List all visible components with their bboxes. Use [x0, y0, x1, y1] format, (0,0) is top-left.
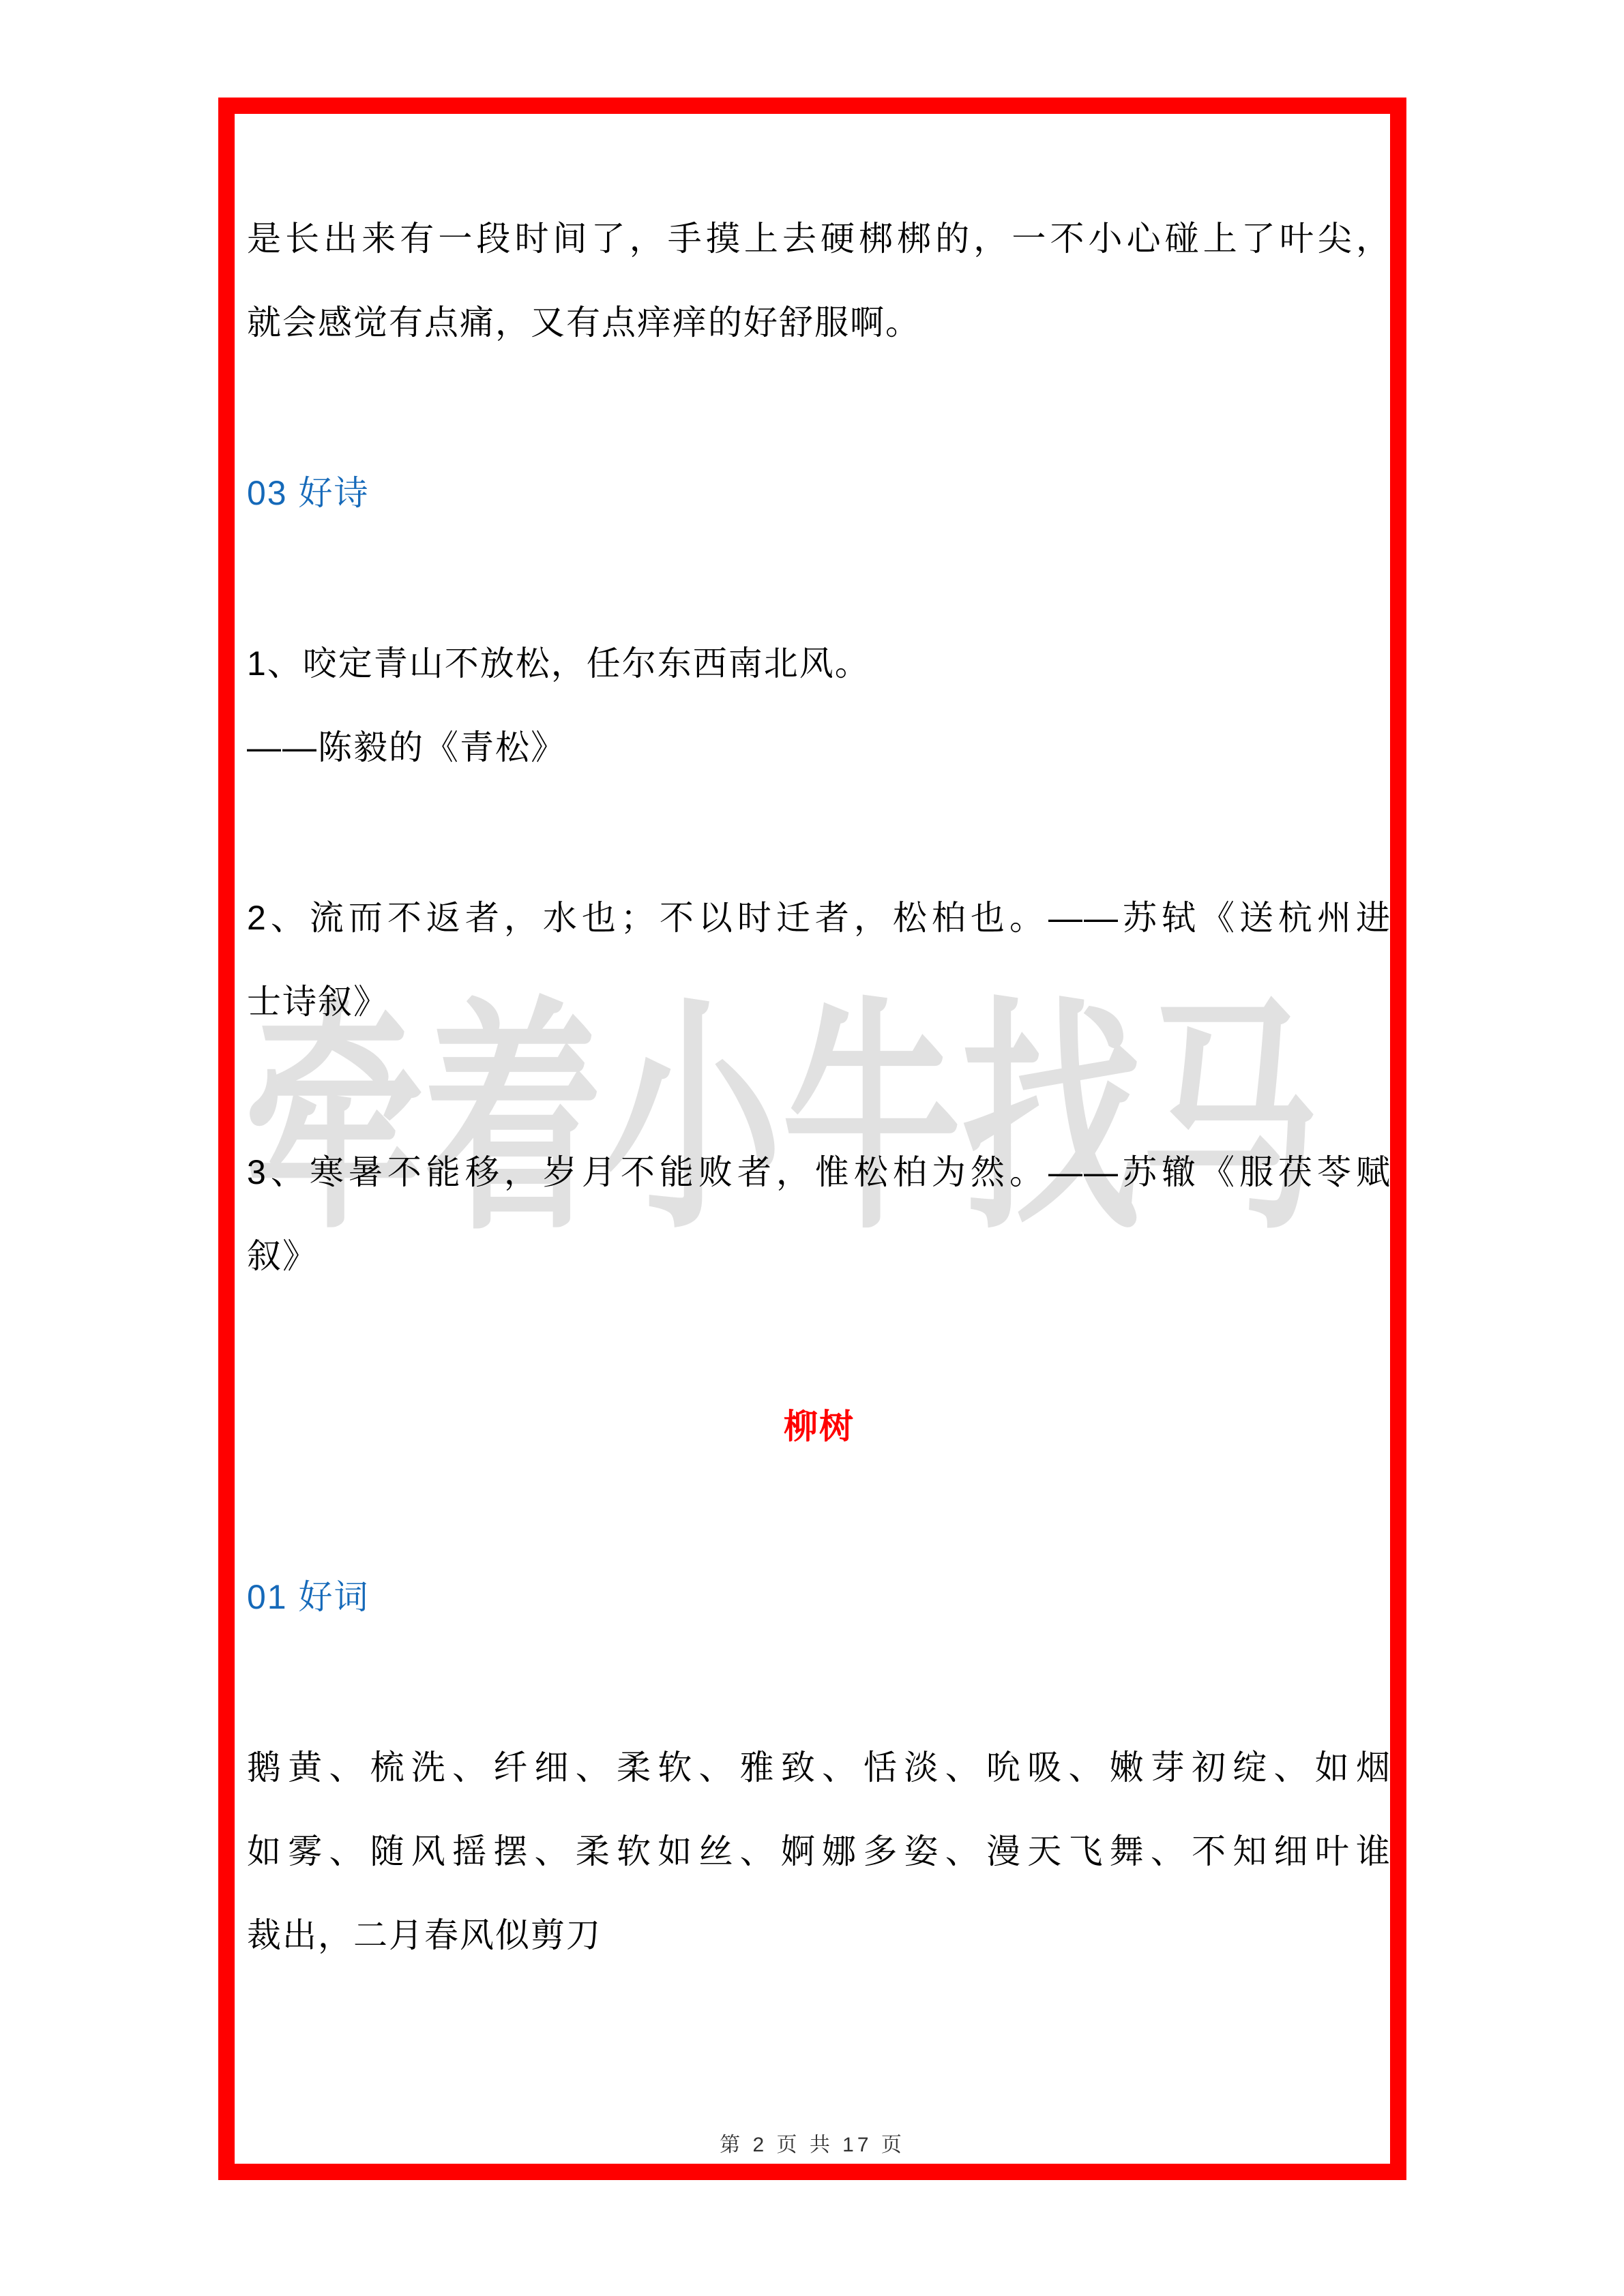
text-line: 03 好诗	[247, 451, 1391, 535]
text-line: 叙》	[247, 1214, 1391, 1298]
paragraph: 鹅黄、梳洗、纤细、柔软、雅致、恬淡、吮吸、嫩芽初绽、如烟如雾、随风摇摆、柔软如丝…	[247, 1726, 1391, 1978]
document-content: 是长出来有一段时间了，手摸上去硬梆梆的，一不小心碰上了叶尖，就会感觉有点痛，又有…	[247, 197, 1391, 2064]
text-line: 就会感觉有点痛，又有点痒痒的好舒服啊。	[247, 281, 1391, 365]
paragraph: 2、流而不返者，水也；不以时迁者，松柏也。——苏轼《送杭州进士诗叙》	[247, 876, 1391, 1044]
text-line: 3、寒暑不能移，岁月不能败者，惟松柏为然。——苏辙《服茯苓赋	[247, 1131, 1391, 1214]
text-line: 鹅黄、梳洗、纤细、柔软、雅致、恬淡、吮吸、嫩芽初绽、如烟	[247, 1726, 1391, 1810]
text-line: ——陈毅的《青松》	[247, 706, 1391, 790]
text-line: 裁出，二月春风似剪刀	[247, 1894, 1391, 1978]
paragraph: 1、咬定青山不放松，任尔东西南北风。——陈毅的《青松》	[247, 622, 1391, 790]
text-line: 2、流而不返者，水也；不以时迁者，松柏也。——苏轼《送杭州进	[247, 876, 1391, 960]
paragraph: 是长出来有一段时间了，手摸上去硬梆梆的，一不小心碰上了叶尖，就会感觉有点痛，又有…	[247, 197, 1391, 365]
section-heading: 03 好诗	[247, 451, 1391, 535]
text-line: 如雾、随风摇摆、柔软如丝、婀娜多姿、漫天飞舞、不知细叶谁	[247, 1810, 1391, 1894]
text-line: 柳树	[247, 1385, 1391, 1469]
chapter-title: 柳树	[247, 1385, 1391, 1469]
text-line: 是长出来有一段时间了，手摸上去硬梆梆的，一不小心碰上了叶尖，	[247, 197, 1391, 281]
page-footer: 第 2 页 共 17 页	[218, 2128, 1406, 2158]
text-line: 01 好词	[247, 1555, 1391, 1639]
paragraph: 3、寒暑不能移，岁月不能败者，惟松柏为然。——苏辙《服茯苓赋叙》	[247, 1131, 1391, 1298]
text-line: 1、咬定青山不放松，任尔东西南北风。	[247, 622, 1391, 706]
document-page: 牵着小牛找马 是长出来有一段时间了，手摸上去硬梆梆的，一不小心碰上了叶尖，就会感…	[0, 0, 1624, 2296]
section-heading: 01 好词	[247, 1555, 1391, 1639]
text-line: 士诗叙》	[247, 960, 1391, 1044]
page-number-text: 第 2 页 共 17 页	[720, 2134, 905, 2156]
